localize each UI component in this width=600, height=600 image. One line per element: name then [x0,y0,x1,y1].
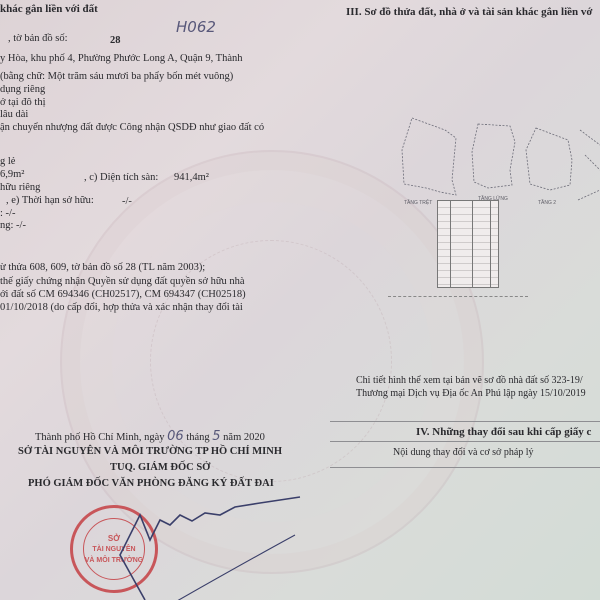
land-duration: lâu dài [0,108,28,121]
left-section-heading: khác gắn liền với đất [0,3,98,16]
section-3-heading: III. Sơ đồ thửa đất, nhà ở và tài sản kh… [346,6,592,19]
note-line-1: ừ thửa 608, 609, tờ bản đồ số 28 (TL năm… [0,261,205,274]
signature-scribble [80,495,320,600]
signer-title: PHÓ GIÁM ĐỐC VĂN PHÒNG ĐĂNG KÝ ĐẤT ĐAI [28,477,274,490]
section-4-column-label: Nội dung thay đổi và cơ sở pháp lý [393,446,534,459]
table-footnote [388,296,528,298]
other-line-2: ng: -/- [0,219,26,232]
map-sheet-number: 28 [110,34,121,47]
section-4-header-rule [330,441,600,442]
coordinate-table [437,200,499,288]
ownership-form: hữu riêng [0,181,40,194]
note-line-4: 01/10/2018 (do cấp đổi, hợp thửa và xác … [0,301,243,314]
date-day: 06 [167,429,184,444]
place-date-line: Thành phố Hồ Chí Minh, ngày 06 tháng 5 n… [35,430,265,444]
date-year: 2020 [244,432,265,443]
place-date-prefix: Thành phố Hồ Chí Minh, ngày [35,432,165,443]
plot-label-second: TẦNG 2 [538,199,556,206]
detail-line-1: Chi tiết hình thể xem tại bản vẽ sơ đồ n… [356,374,583,387]
built-area: 6,9m² [0,168,24,181]
section-4-column-rule [330,467,600,468]
year-label: năm [223,432,241,443]
ownership-term-label: , e) Thời hạn sở hữu: [6,194,94,207]
date-month: 5 [212,429,220,444]
use-form: dụng riêng [0,83,45,96]
map-sheet-label: , tờ bản đồ số: [8,32,68,45]
month-label: tháng [186,432,209,443]
floor-area-label: , c) Diện tích sàn: [84,171,158,184]
note-line-2: thế giấy chứng nhận Quyền sử dụng đất qu… [0,275,245,288]
area-in-words: (bằng chữ: Một trăm sáu mươi ba phẩy bốn… [0,70,233,83]
ownership-term-value: -/- [122,195,132,208]
plot-label-ground: TẦNG TRỆT [404,198,432,206]
issuing-agency: SỞ TÀI NGUYÊN VÀ MÔI TRƯỜNG TP HỒ CHÍ MI… [18,445,282,458]
on-behalf-line: TUQ. GIÁM ĐỐC SỞ [110,461,210,474]
section-4-heading: IV. Những thay đổi sau khi cấp giấy c [416,426,591,439]
floor-area-value: 941,4m² [174,171,209,184]
detail-line-2: Thương mại Dịch vụ Địa ốc An Phú lập ngà… [356,387,586,400]
note-line-3: ới đất số CM 694346 (CH02517), CM 694347… [0,288,246,301]
handwritten-code: H062 [176,18,216,36]
land-origin: ận chuyển nhượng đất được Công nhận QSDĐ… [0,121,264,134]
section-4-top-rule [330,421,600,422]
address-line: y Hòa, khu phố 4, Phường Phước Long A, Q… [0,52,243,65]
house-type: g lẻ [0,155,15,168]
